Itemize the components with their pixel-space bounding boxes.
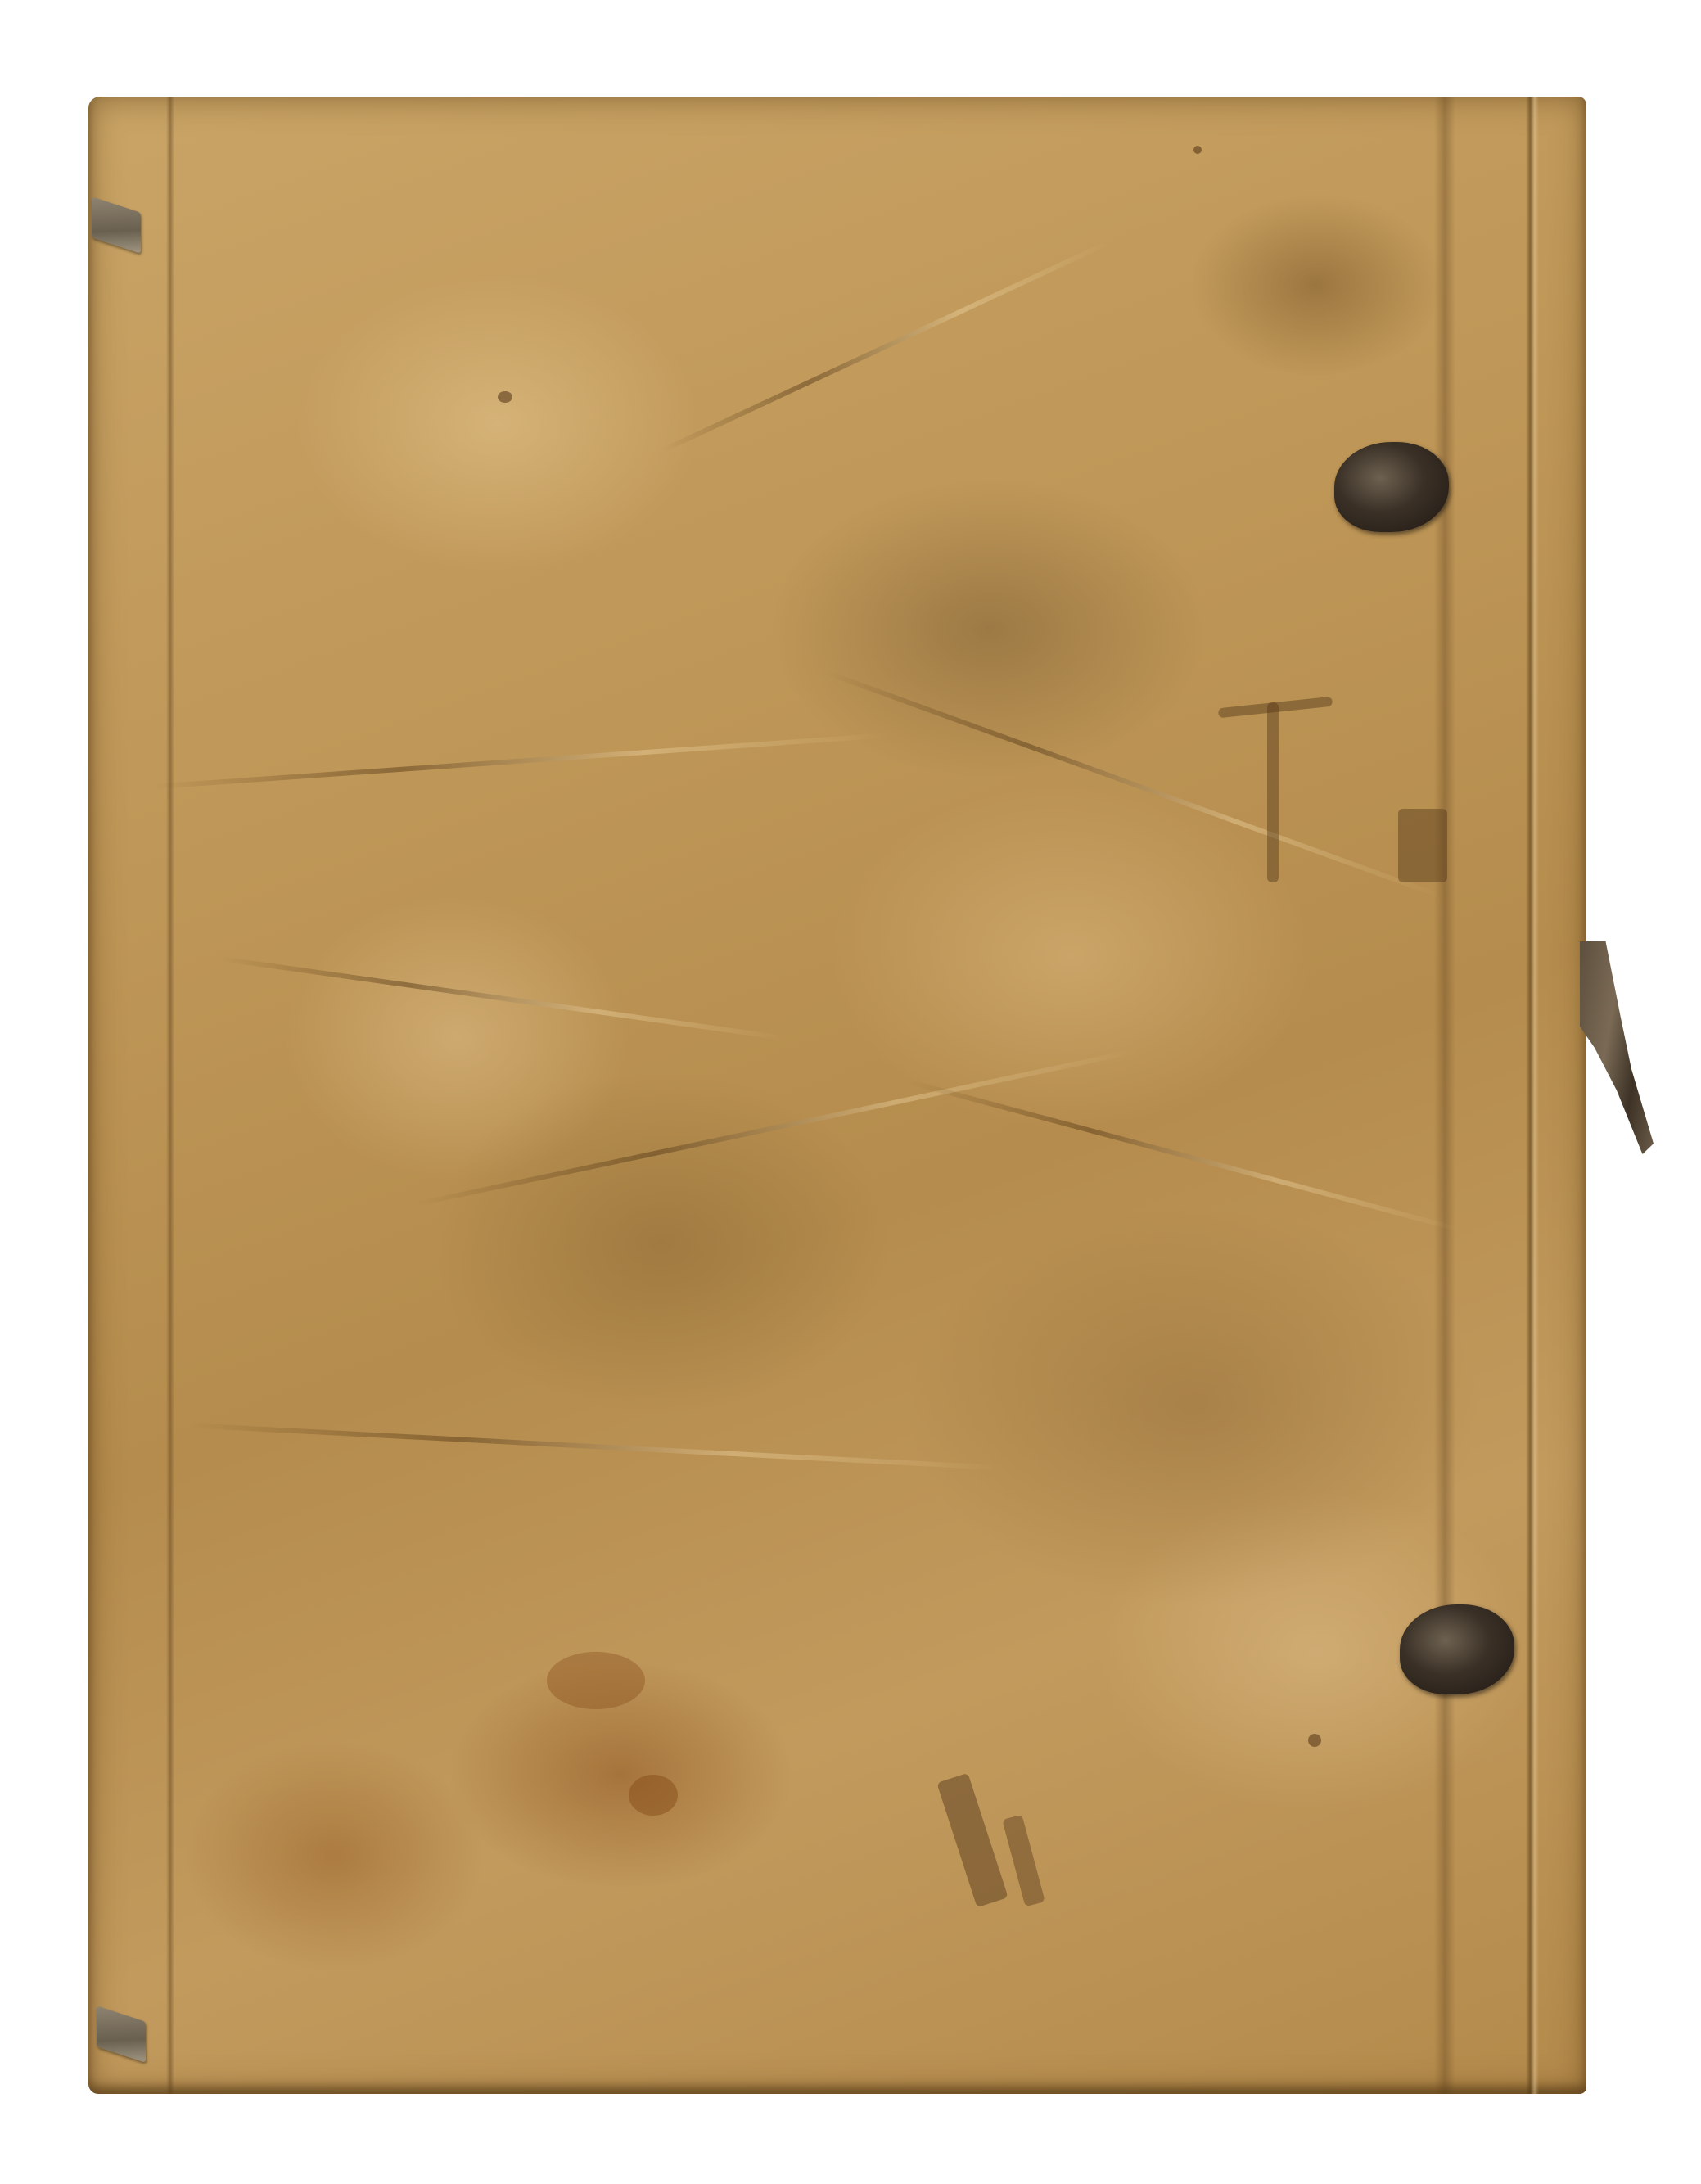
- stain: [1308, 1734, 1321, 1747]
- stain: [498, 391, 512, 403]
- crease: [415, 1049, 1137, 1207]
- fore-edge-turn-in: [1434, 97, 1455, 2094]
- crease: [661, 241, 1108, 453]
- ink-mark: [1267, 702, 1279, 882]
- dangling-tie: [1580, 941, 1654, 1154]
- tie-knot-upper: [1334, 442, 1449, 532]
- crease: [154, 733, 889, 789]
- crease: [187, 1423, 1004, 1470]
- scratch-mark: [936, 1773, 1008, 1908]
- tie-knot-lower: [1400, 1604, 1514, 1694]
- crease: [906, 1079, 1461, 1232]
- fore-edge-fold: [1526, 97, 1539, 2094]
- stain: [547, 1652, 645, 1709]
- scratch-mark: [1002, 1815, 1045, 1907]
- spine-fold: [166, 97, 174, 2094]
- vellum-book-cover: [88, 97, 1586, 2094]
- crease: [824, 670, 1442, 898]
- stain: [1193, 146, 1202, 154]
- stain: [629, 1775, 678, 1816]
- ink-mark: [1398, 809, 1447, 882]
- crease: [219, 956, 787, 1040]
